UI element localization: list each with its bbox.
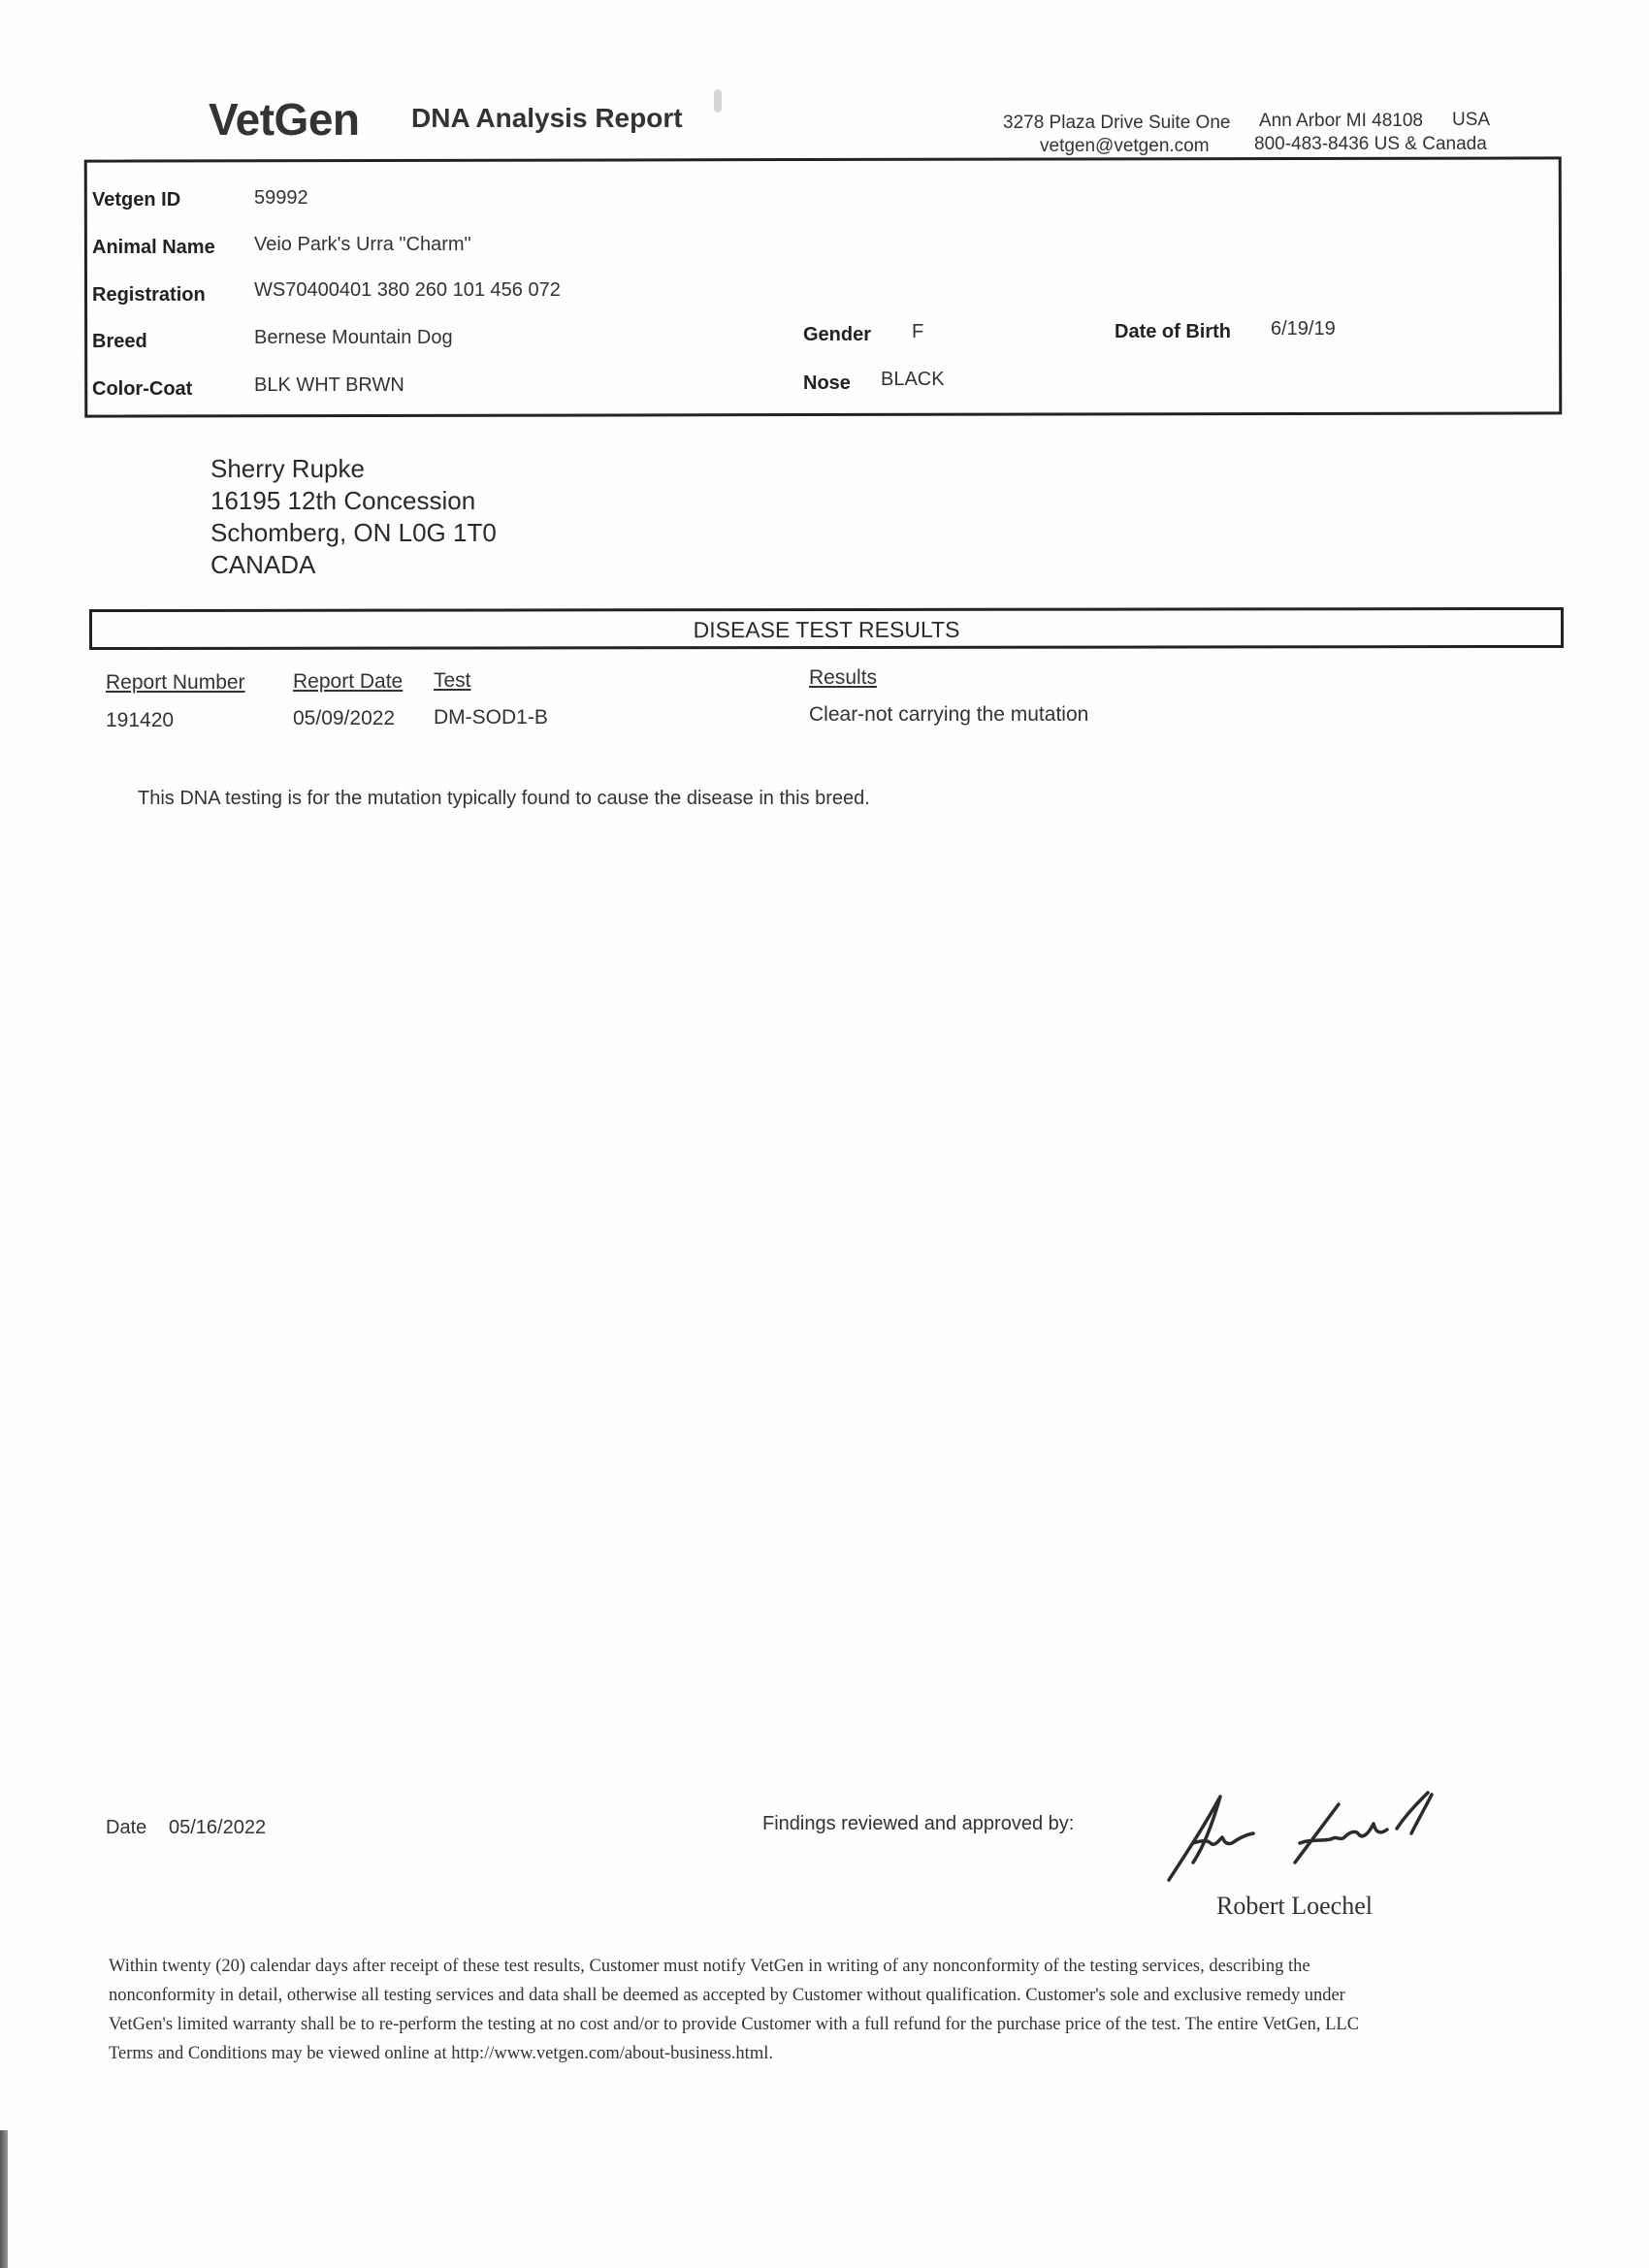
- signer-name: Robert Loechel: [1216, 1892, 1373, 1921]
- vetgen-id-label: Vetgen ID: [92, 189, 180, 211]
- recipient-country: CANADA: [210, 550, 315, 580]
- report-number-cell: 191420: [106, 709, 174, 732]
- scan-edge: [0, 2130, 8, 2268]
- result-cell: Clear-not carrying the mutation: [809, 703, 1088, 727]
- col-report-number: Report Number: [106, 671, 245, 695]
- dob-value: 6/19/19: [1271, 318, 1336, 340]
- lab-country: USA: [1452, 110, 1490, 131]
- nose-value: BLACK: [881, 369, 945, 391]
- testing-note: This DNA testing is for the mutation typ…: [138, 788, 870, 810]
- lab-phone: 800-483-8436 US & Canada: [1254, 134, 1487, 155]
- gender-label: Gender: [803, 324, 871, 346]
- breed-label: Breed: [92, 331, 147, 353]
- recipient-street: 16195 12th Concession: [210, 486, 475, 516]
- lab-address: 3278 Plaza Drive Suite One: [1003, 113, 1230, 134]
- report-date-label: Date: [106, 1817, 146, 1839]
- results-section-title: DISEASE TEST RESULTS: [92, 616, 1561, 644]
- test-cell: DM-SOD1-B: [434, 706, 548, 729]
- col-report-date: Report Date: [293, 670, 403, 694]
- animal-name-label: Animal Name: [92, 237, 215, 259]
- document-title: DNA Analysis Report: [411, 103, 683, 134]
- report-date-value: 05/16/2022: [169, 1817, 266, 1839]
- gender-value: F: [912, 321, 923, 343]
- nose-label: Nose: [803, 373, 851, 395]
- registration-label: Registration: [92, 284, 206, 307]
- registration-value: WS70400401 380 260 101 456 072: [254, 279, 561, 302]
- lab-city: Ann Arbor MI 48108: [1259, 111, 1423, 132]
- approval-text: Findings reviewed and approved by:: [762, 1813, 1074, 1835]
- report-date-cell: 05/09/2022: [293, 707, 395, 730]
- signature-icon: [1164, 1785, 1455, 1892]
- col-test: Test: [434, 669, 471, 693]
- vetgen-id-value: 59992: [254, 187, 308, 210]
- recipient-city: Schomberg, ON L0G 1T0: [210, 518, 497, 548]
- legal-disclaimer: Within twenty (20) calendar days after r…: [109, 1952, 1389, 2068]
- animal-name-value: Veio Park's Urra "Charm": [254, 234, 471, 256]
- lab-email[interactable]: vetgen@vetgen.com: [1040, 136, 1210, 157]
- scan-smudge: [714, 89, 722, 113]
- col-results: Results: [809, 666, 877, 690]
- breed-value: Bernese Mountain Dog: [254, 327, 453, 349]
- recipient-name: Sherry Rupke: [210, 454, 365, 484]
- results-header-box: DISEASE TEST RESULTS: [89, 607, 1564, 650]
- color-coat-label: Color-Coat: [92, 378, 192, 401]
- dob-label: Date of Birth: [1115, 321, 1231, 343]
- color-coat-value: BLK WHT BRWN: [254, 374, 404, 397]
- vetgen-logo: VetGen: [209, 93, 360, 146]
